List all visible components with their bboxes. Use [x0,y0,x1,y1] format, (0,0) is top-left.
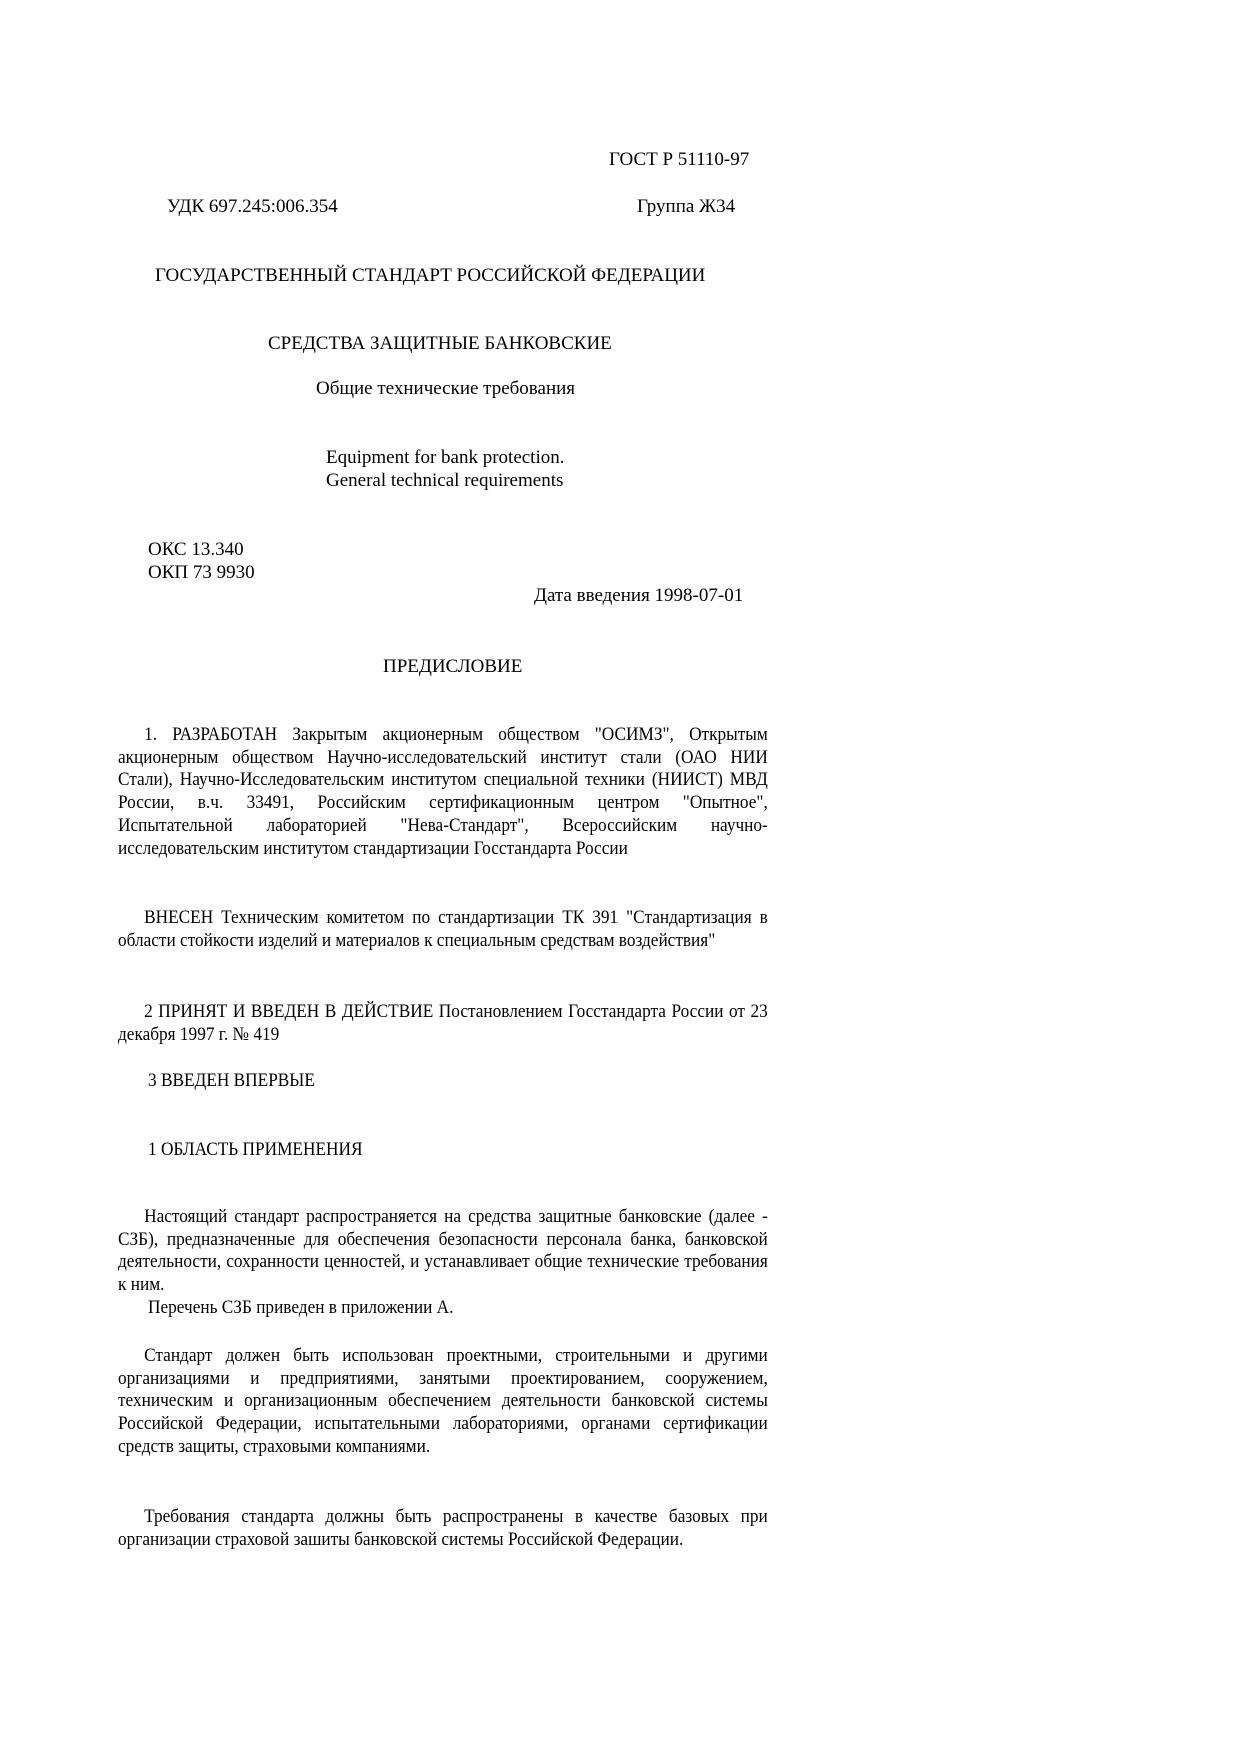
scope-paragraph-2: Стандарт должен быть использован проектн… [118,1345,768,1459]
introduction-date: Дата введения 1998-07-01 [534,585,743,607]
group-code: Группа Ж34 [637,196,735,218]
document-subtitle: Общие технические требования [316,378,575,400]
udk-code: УДК 697.245:006.354 [167,196,338,218]
foreword-item-1: 1. РАЗРАБОТАН Закрытым акционерным общес… [118,724,768,860]
scope-paragraph-1b: Перечень СЗБ приведен в приложении А. [148,1297,453,1320]
scope-paragraph-1: Настоящий стандарт распространяется на с… [118,1206,768,1297]
foreword-item-3: 3 ВВЕДЕН ВПЕРВЫЕ [148,1070,315,1093]
state-standard-heading: ГОСУДАРСТВЕННЫЙ СТАНДАРТ РОССИЙСКОЙ ФЕДЕ… [155,265,705,287]
foreword-submitted: ВНЕСЕН Техническим комитетом по стандарт… [118,907,768,952]
gost-number: ГОСТ Р 51110-97 [609,149,749,171]
foreword-heading: ПРЕДИСЛОВИЕ [383,656,522,678]
scope-paragraph-3: Требования стандарта должны быть распрос… [118,1506,768,1551]
section-1-heading: 1 ОБЛАСТЬ ПРИМЕНЕНИЯ [148,1139,362,1162]
english-title-line2: General technical requirements [326,470,563,492]
oks-code: ОКС 13.340 [148,539,244,561]
foreword-item-2: 2 ПРИНЯТ И ВВЕДЕН В ДЕЙСТВИЕ Постановлен… [118,1001,768,1046]
english-title-line1: Equipment for bank protection. [326,447,565,469]
document-title: СРЕДСТВА ЗАЩИТНЫЕ БАНКОВСКИЕ [268,333,612,355]
okp-code: ОКП 73 9930 [148,562,255,584]
